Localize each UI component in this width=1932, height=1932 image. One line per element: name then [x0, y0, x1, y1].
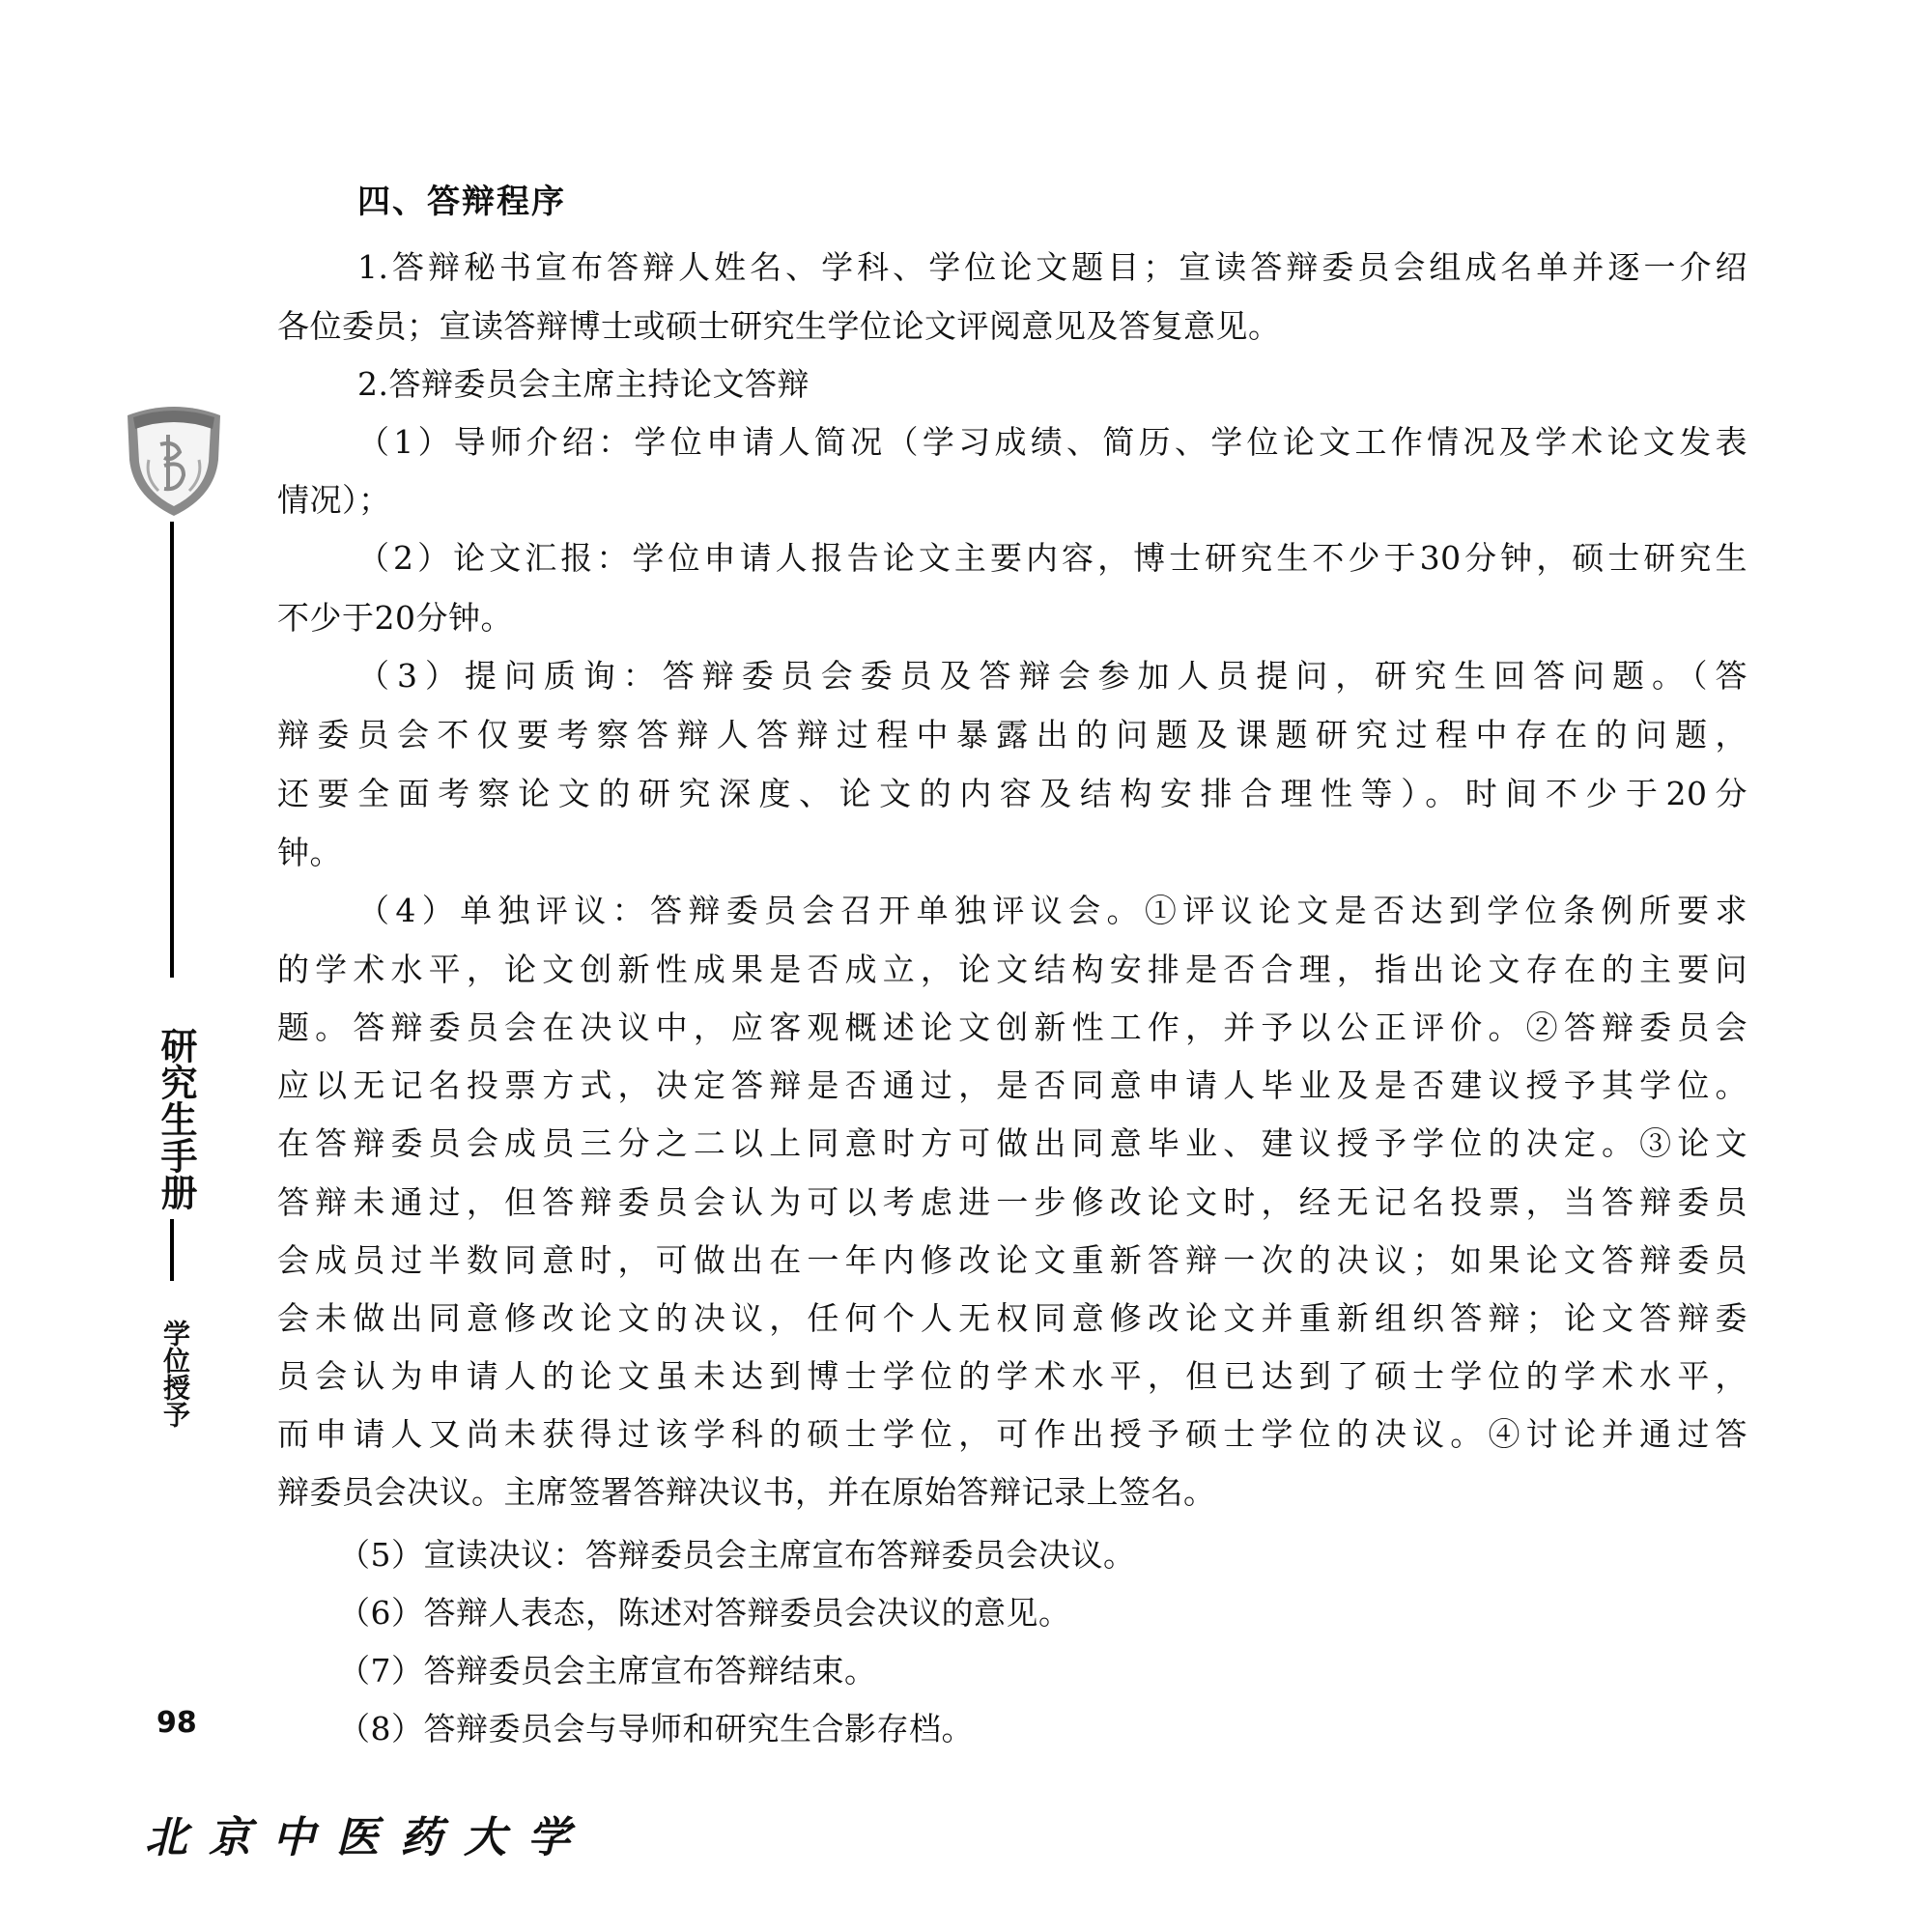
- university-crest-icon: [120, 402, 228, 518]
- text-line: 不少于20分钟。: [277, 596, 1747, 640]
- book-title-vertical: 研究生手册: [147, 1022, 197, 1215]
- page-number: 98: [156, 1706, 197, 1740]
- text-line: 应以无记名投票方式，决定答辩是否通过，是否同意申请人毕业及是否建议授予其学位。: [277, 1064, 1747, 1108]
- text-line: 2.答辩委员会主席主持论文答辩: [357, 362, 1747, 407]
- text-line: 1.答辩秘书宣布答辩人姓名、学科、学位论文题目；宣读答辩委员会组成名单并逐一介绍: [357, 245, 1747, 290]
- text-line: （3）提问质询：答辩委员会委员及答辩会参加人员提问，研究生回答问题。（答: [357, 654, 1747, 698]
- university-name: 北京中医药大学: [145, 1803, 591, 1864]
- sidebar-divider-bottom: [170, 1219, 174, 1281]
- text-line: （7）答辩委员会主席宣布答辩结束。: [338, 1649, 1747, 1693]
- text-line: （1）导师介绍：学位申请人简况（学习成绩、简历、学位论文工作情况及学术论文发表: [357, 420, 1747, 465]
- text-line: 在答辩委员会成员三分之二以上同意时方可做出同意毕业、建议授予学位的决定。③论文: [277, 1122, 1747, 1166]
- text-line: 的学术水平，论文创新性成果是否成立，论文结构安排是否合理，指出论文存在的主要问: [277, 948, 1747, 992]
- text-line: 员会认为申请人的论文虽未达到博士学位的学术水平，但已达到了硕士学位的学术水平，: [277, 1354, 1747, 1399]
- text-line: （4）单独评议：答辩委员会召开单独评议会。①评议论文是否达到学位条例所要求: [357, 889, 1747, 933]
- text-line: 各位委员；宣读答辩博士或硕士研究生学位论文评阅意见及答复意见。: [277, 304, 1747, 349]
- text-line: 会未做出同意修改论文的决议，任何个人无权同意修改论文并重新组织答辩；论文答辩委: [277, 1296, 1747, 1341]
- text-line: （8）答辩委员会与导师和研究生合影存档。: [338, 1707, 1747, 1751]
- chapter-title: 学位授予: [159, 1320, 191, 1428]
- sidebar-divider-top: [170, 522, 174, 978]
- text-line: （2）论文汇报：学位申请人报告论文主要内容，博士研究生不少于30分钟，硕士研究生: [357, 536, 1747, 581]
- text-line: 答辩未通过，但答辩委员会认为可以考虑进一步修改论文时，经无记名投票，当答辩委员: [277, 1180, 1747, 1225]
- section-heading: 四、答辩程序: [357, 180, 566, 224]
- text-line: 题。答辩委员会在决议中，应客观概述论文创新性工作，并予以公正评价。②答辩委员会: [277, 1006, 1747, 1050]
- text-line: 而申请人又尚未获得过该学科的硕士学位，可作出授予硕士学位的决议。④讨论并通过答: [277, 1412, 1747, 1457]
- text-line: 辩委员会不仅要考察答辩人答辩过程中暴露出的问题及课题研究过程中存在的问题，: [277, 713, 1747, 757]
- text-line: 情况）；: [277, 478, 1747, 523]
- text-line: 会成员过半数同意时，可做出在一年内修改论文重新答辩一次的决议；如果论文答辩委员: [277, 1238, 1747, 1283]
- text-line: （5）宣读决议：答辩委员会主席宣布答辩委员会决议。: [338, 1533, 1747, 1577]
- chapter-title-vertical: 学位授予: [150, 1296, 194, 1451]
- text-line: 还要全面考察论文的研究深度、论文的内容及结构安排合理性等）。时间不少于20分: [277, 772, 1747, 816]
- text-line: （6）答辩人表态，陈述对答辩委员会决议的意见。: [338, 1591, 1747, 1635]
- text-line: 辩委员会决议。主席签署答辩决议书，并在原始答辩记录上签名。: [277, 1470, 1747, 1515]
- text-line: 钟。: [277, 831, 1747, 875]
- book-title: 研究生手册: [155, 1027, 197, 1210]
